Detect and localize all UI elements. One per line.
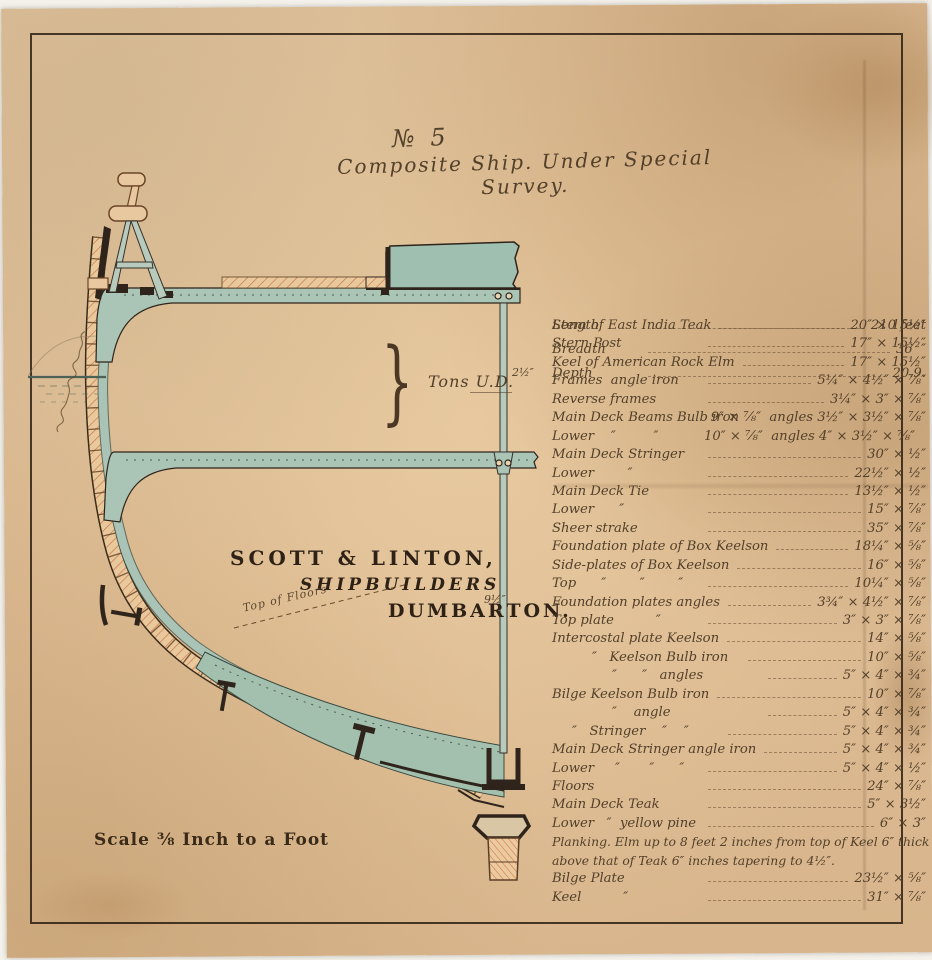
scantling-value: 9″ × ⅞″ angles 3½″ × 3½″ × ⅞″ (711, 410, 926, 425)
scantling-row: Planking. Elm up to 8 feet 2 inches from… (552, 834, 926, 852)
tons-leader-line (470, 392, 512, 393)
scantling-value: 22½″ × ½″ (854, 466, 926, 481)
scantling-row: Intercostal plate Keelson 14″ × ⅝″ (552, 631, 926, 649)
leader-dashes (708, 577, 848, 587)
scantling-row: Main Deck Stringer angle iron 5″ × 4″ × … (552, 742, 926, 760)
scantling-row: Keel of American Rock Elm 17″ × 15½″ (552, 355, 926, 373)
builder-place: DUMBARTON. (388, 600, 572, 622)
floors (196, 652, 504, 797)
scantling-label: Lower ″ (552, 502, 700, 517)
leader-dashes (768, 706, 837, 716)
scantling-row: Foundation plate of Box Keelson 18¼″ × ⅝… (552, 539, 926, 557)
scantling-row: Lower ″ 22½″ × ½″ (552, 466, 926, 484)
scantling-value: 3¼″ × 3″ × ⅞″ (830, 392, 926, 407)
scale-note: Scale ⅜ Inch to a Foot (94, 830, 329, 850)
scantling-label: Sheer strake (552, 521, 700, 536)
deckhouse-section (366, 242, 520, 289)
scantling-label: Lower ″ ″ ″ (552, 761, 700, 776)
leader-dashes (708, 614, 837, 624)
scantling-row: Foundation plates angles 3¾″ × 4½″ × ⅞″ (552, 595, 926, 613)
ship-plan-page: { "page": { "title_number": "№ 5", "titl… (0, 0, 932, 960)
leader-dashes (708, 374, 811, 384)
scantling-value: 5″ × 4″ × ¾″ (843, 724, 926, 739)
scantling-label: Keel ″ (552, 890, 700, 905)
scantling-row: Lower ″ ″ ″ 5″ × 4″ × ½″ (552, 761, 926, 779)
scantling-label: ″ ″ angles (612, 668, 760, 683)
scantling-value: 20″ × 15½″ (850, 318, 926, 333)
scantling-value: 6″ × 3″ (880, 816, 926, 831)
scantling-value: 10″ × ⅞″ angles 4″ × 3½″ × ⅞″ (704, 429, 915, 444)
scantling-label: Bilge Keelson Bulb iron (552, 687, 709, 702)
scantling-value: 16″ × ⅝″ (867, 558, 926, 573)
scantling-value: 24″ × ⅞″ (867, 779, 926, 794)
scantling-row: above that of Teak 6″ inches tapering to… (552, 853, 926, 871)
scantling-row: Lower ″ ″ 10″ × ⅞″ angles 4″ × 3½″ × ⅞″ (552, 429, 926, 447)
scantling-row: ″ angle 5″ × 4″ × ¾″ (552, 705, 926, 723)
scantling-row: Top plate ″ 3″ × 3″ × ⅞″ (552, 613, 926, 631)
leader-dashes (708, 780, 861, 790)
scantling-label: Main Deck Beams Bulb iron (552, 410, 707, 425)
scantling-label: Foundation plates angles (552, 595, 720, 610)
scantling-value: 23½″ × ⅝″ (854, 871, 926, 886)
leader-dashes (708, 761, 837, 771)
scantling-value: 3¾″ × 4½″ × ⅞″ (817, 595, 926, 610)
scantling-value: 30″ × ½″ (867, 447, 926, 462)
scantling-row: Main Deck Stringer 30″ × ½″ (552, 447, 926, 465)
tons-label: Tons U.D. (428, 372, 514, 391)
side-annotation-scribble (54, 331, 89, 433)
scantling-value: 5″ × 4″ × ½″ (843, 761, 926, 776)
scantling-value: 5″ × 4″ × ¾″ (843, 668, 926, 683)
scantling-row: Lower ″ 15″ × ⅞″ (552, 502, 926, 520)
scantling-label: Main Deck Stringer (552, 447, 700, 462)
scantling-row: Bilge Keelson Bulb iron 10″ × ⅞″ (552, 687, 926, 705)
scantling-row: Side-plates of Box Keelson 16″ × ⅝″ (552, 558, 926, 576)
stanchion (494, 293, 513, 753)
leader-dashes (708, 798, 861, 808)
scantling-value: 5″ × 4″ × ¾″ (843, 705, 926, 720)
leader-dashes (708, 393, 824, 403)
scantling-label: Main Deck Tie (552, 484, 700, 499)
leader-dashes (708, 466, 848, 476)
scantling-row: Main Deck Beams Bulb iron 9″ × ⅞″ angles… (552, 410, 926, 428)
scantling-value: 15″ × ⅞″ (867, 502, 926, 517)
leader-dashes (708, 522, 861, 532)
scantling-row: Keel ″ 31″ × ⅞″ (552, 890, 926, 908)
scantling-row: Bilge Plate 23½″ × ⅝″ (552, 871, 926, 889)
bulwark-and-timberheads (88, 173, 167, 300)
scantling-row: Stern Post 17″ × 15½″ (552, 336, 926, 354)
scantling-label: Lower ″ (552, 466, 700, 481)
keel-scarph (474, 816, 529, 838)
lower-deck (104, 452, 538, 522)
scantling-value: 5¼″ × 4½″ × ⅞″ (817, 373, 926, 388)
scantling-value: 13½″ × ½″ (854, 484, 926, 499)
scantling-row: Reverse frames 3¼″ × 3″ × ⅞″ (552, 392, 926, 410)
scantling-label: Keel of American Rock Elm (552, 355, 735, 370)
scantling-row: Stem of East India Teak 20″ × 15½″ (552, 318, 926, 336)
leader-dashes (708, 503, 861, 513)
scantling-value: 18¼″ × ⅝″ (854, 539, 926, 554)
leader-dashes (776, 540, 848, 550)
scantling-value: 31″ × ⅞″ (867, 890, 926, 905)
scantling-value: 35″ × ⅞″ (867, 521, 926, 536)
scantling-label: Side-plates of Box Keelson (552, 558, 729, 573)
leader-dashes (708, 485, 848, 495)
leader-dashes (728, 595, 811, 605)
scantling-value: 10″ × ⅞″ (867, 687, 926, 702)
scantling-label: Bilge Plate (552, 871, 700, 886)
scantling-value: 17″ × 15½″ (850, 355, 926, 370)
scantling-value: 3″ × 3″ × ⅞″ (843, 613, 926, 628)
leader-dashes (708, 448, 861, 458)
scantling-row: Top ″ ″ ″ 10¼″ × ⅝″ (552, 576, 926, 594)
plan-number: № 5 (392, 123, 451, 153)
scantling-label: Top plate ″ (552, 613, 700, 628)
scantling-label: Foundation plate of Box Keelson (552, 539, 768, 554)
leader-dashes (727, 632, 861, 642)
scantling-value: 10″ × ⅝″ (867, 650, 926, 665)
scantling-value: 5″ × 4″ × ¾″ (843, 742, 926, 757)
scantling-row: Frames angle iron 5¼″ × 4½″ × ⅞″ (552, 373, 926, 391)
scantling-label: Top ″ ″ ″ (552, 576, 700, 591)
scantling-label: Main Deck Stringer angle iron (552, 742, 756, 757)
scantling-label: Stem of East India Teak (552, 318, 711, 333)
scantling-label: Floors (552, 779, 700, 794)
scantling-row: Floors 24″ × ⅞″ (552, 779, 926, 797)
scantling-label: ″ Keelson Bulb iron (592, 650, 740, 665)
scantling-label: Intercostal plate Keelson (552, 631, 719, 646)
scantling-row: ″ Keelson Bulb iron 10″ × ⅝″ (552, 650, 926, 668)
scantling-value: 5″ × 3½″ (867, 797, 926, 812)
keel-timber (488, 838, 519, 880)
scantling-row: ″ ″ angles 5″ × 4″ × ¾″ (552, 668, 926, 686)
leader-dashes (764, 743, 837, 753)
leader-dashes (708, 872, 848, 882)
deck-planking-strip (222, 277, 386, 288)
leader-dashes (708, 817, 874, 827)
leader-dashes (708, 337, 844, 347)
leader-dashes (717, 688, 861, 698)
scantling-value: 14″ × ⅝″ (867, 631, 926, 646)
scantling-row: Sheer strake 35″ × ⅞″ (552, 521, 926, 539)
leader-dashes (768, 669, 837, 679)
builder-trade: SHIPBUILDERS (300, 575, 500, 595)
scantling-row: Main Deck Teak 5″ × 3½″ (552, 797, 926, 815)
scantling-label: Stern Post (552, 336, 700, 351)
leader-dashes (719, 319, 844, 329)
scantling-label: Main Deck Teak (552, 797, 700, 812)
builder-name: SCOTT & LINTON, (230, 546, 497, 570)
scantling-label: Planking. Elm up to 8 feet 2 inches from… (552, 834, 926, 849)
leader-dashes (737, 558, 861, 568)
scantling-label: above that of Teak 6″ inches tapering to… (552, 853, 835, 868)
dimensions-brace: } (381, 336, 413, 428)
leader-dashes (708, 890, 861, 900)
scantling-label: Lower ″ yellow pine (552, 816, 700, 831)
scantling-label: Reverse frames (552, 392, 700, 407)
stanchion-dimension: 9½″ (484, 593, 506, 606)
scantling-label: ″ Stringer ″ ″ (572, 724, 720, 739)
scantling-row: Lower ″ yellow pine 6″ × 3″ (552, 816, 926, 834)
deck-thickness-dimension: 2½″ (512, 366, 534, 379)
scantling-value: 10¼″ × ⅝″ (854, 576, 926, 591)
scantlings-list: Stem of East India Teak 20″ × 15½″ Stern… (552, 318, 926, 908)
scantling-value: 17″ × 15½″ (850, 336, 926, 351)
leader-dashes (743, 356, 845, 366)
scantling-label: Lower ″ ″ (552, 429, 700, 444)
scantling-label: Frames angle iron (552, 373, 700, 388)
leader-dashes (748, 651, 861, 661)
leader-dashes (728, 724, 837, 734)
side-bracket (102, 585, 106, 625)
scantling-row: Main Deck Tie 13½″ × ½″ (552, 484, 926, 502)
scantling-label: ″ angle (612, 705, 760, 720)
scantling-row: ″ Stringer ″ ″ 5″ × 4″ × ¾″ (552, 724, 926, 742)
